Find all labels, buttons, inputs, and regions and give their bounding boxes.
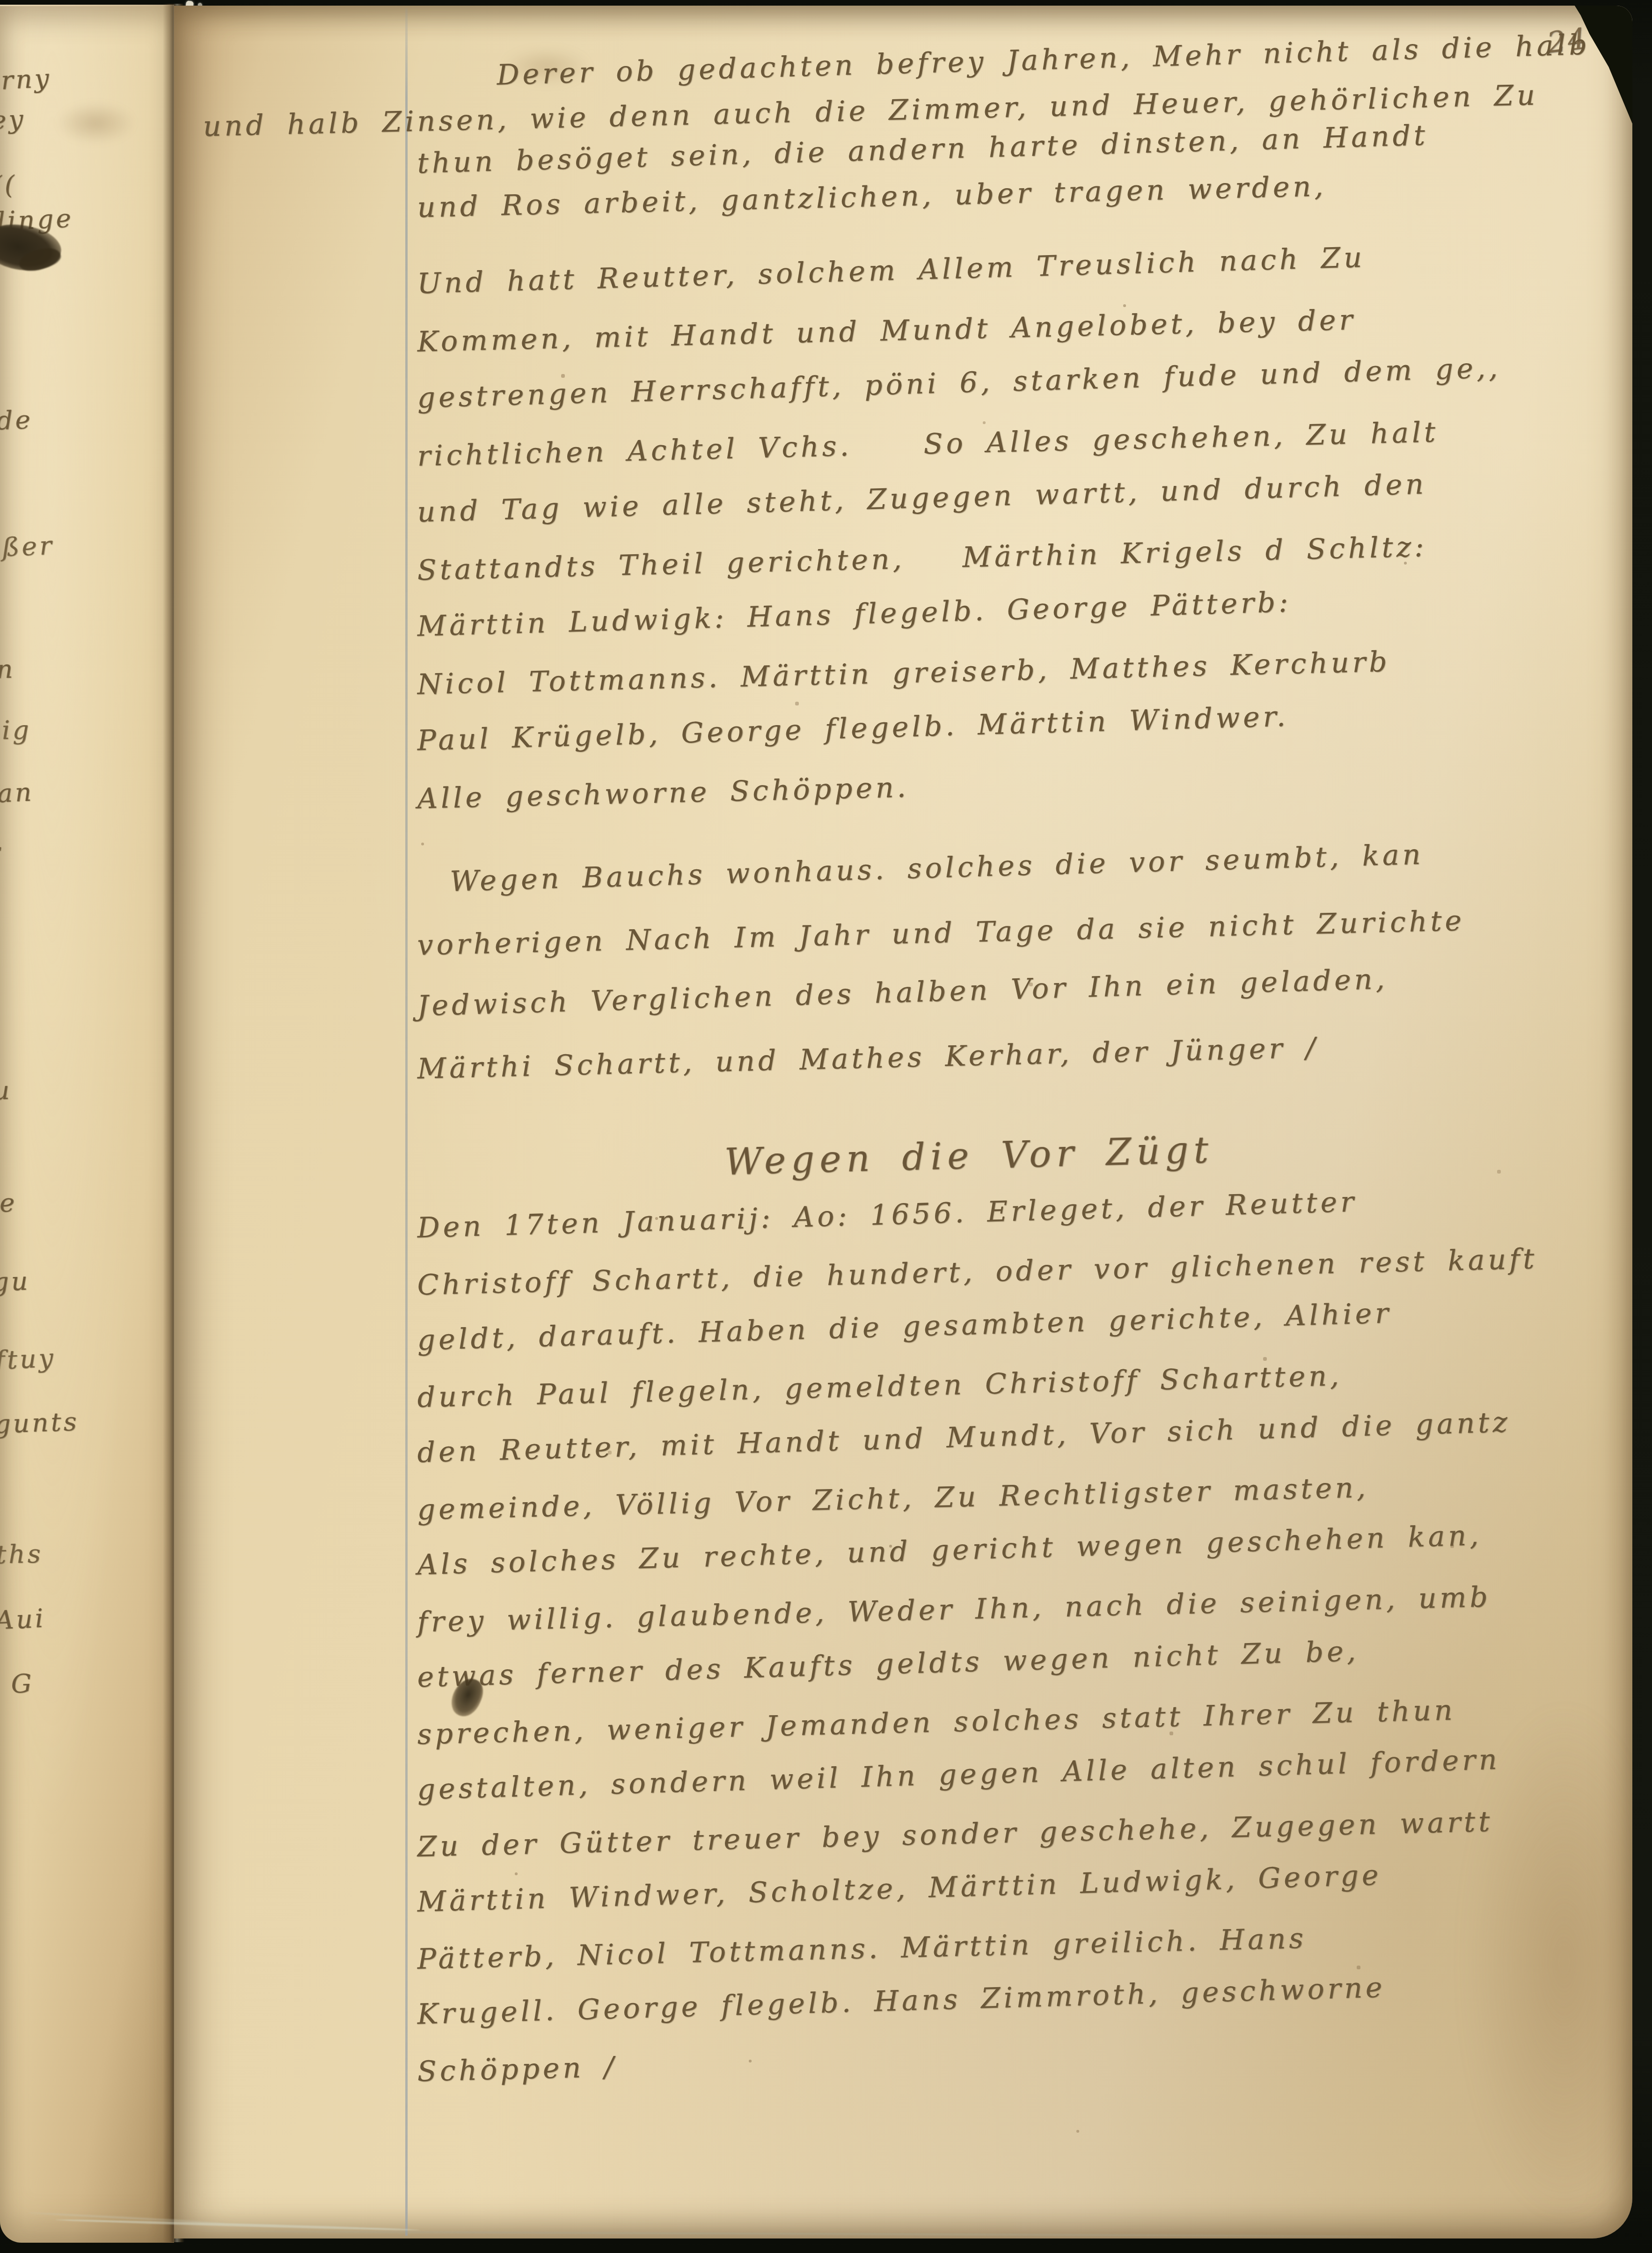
left-page-fragment: Guide <box>0 405 33 437</box>
left-page-fragment: dlaßer <box>0 531 54 564</box>
left-page-fragment: Ristlig <box>0 716 31 746</box>
paragraph-1: Derer ob gedachten befrey Jahren, Mehr n… <box>174 63 1601 235</box>
left-page-fragment: ui se <box>0 1188 17 1218</box>
paragraph-3: Wegen Bauchs wonhaus. solches die vor se… <box>174 859 1601 1106</box>
left-page-fragment: uingu <box>0 1267 30 1298</box>
paragraph-4: Den 17ten Januarij: Ao: 1656. Erleget, d… <box>174 1207 1601 2106</box>
left-page-fragment: gezn <box>0 654 15 685</box>
left-page-fragment: ut Gths <box>0 1539 43 1570</box>
left-page-fragment: ung G <box>0 1669 34 1701</box>
paper-smudge <box>56 102 136 144</box>
left-page-fragment: sterny <box>0 64 52 96</box>
book-scan: sterny orrey ar v gu (( rüdinge at J. Gu… <box>0 0 1652 2253</box>
paper-flecks <box>174 6 175 7</box>
left-page: sterny orrey ar v gu (( rüdinge at J. Gu… <box>0 5 174 2243</box>
left-page-fragment: ung <box>0 591 1 621</box>
left-page-fragment: Hur <box>0 837 3 867</box>
left-page-fragment: uuu <box>0 1076 13 1106</box>
left-page-fragment: orrey <box>0 105 26 136</box>
left-page-fragment: ui ftuy <box>0 1343 56 1376</box>
left-page-fragment: ui Aui <box>0 1604 46 1637</box>
main-page: 24 Derer ob gedachten befrey Jahren, Meh… <box>174 6 1632 2238</box>
left-page-fragment: i du <box>0 1031 3 1061</box>
left-page-fragment: Pflan <box>0 778 34 809</box>
left-page-fragment: r Ju <box>0 471 1 501</box>
left-page-fragment: b Agunts <box>0 1407 80 1440</box>
paragraph-2: Und hatt Reutter, solchem Allem Treuslic… <box>174 262 1601 833</box>
left-page-fragment: gu (( <box>0 170 17 201</box>
